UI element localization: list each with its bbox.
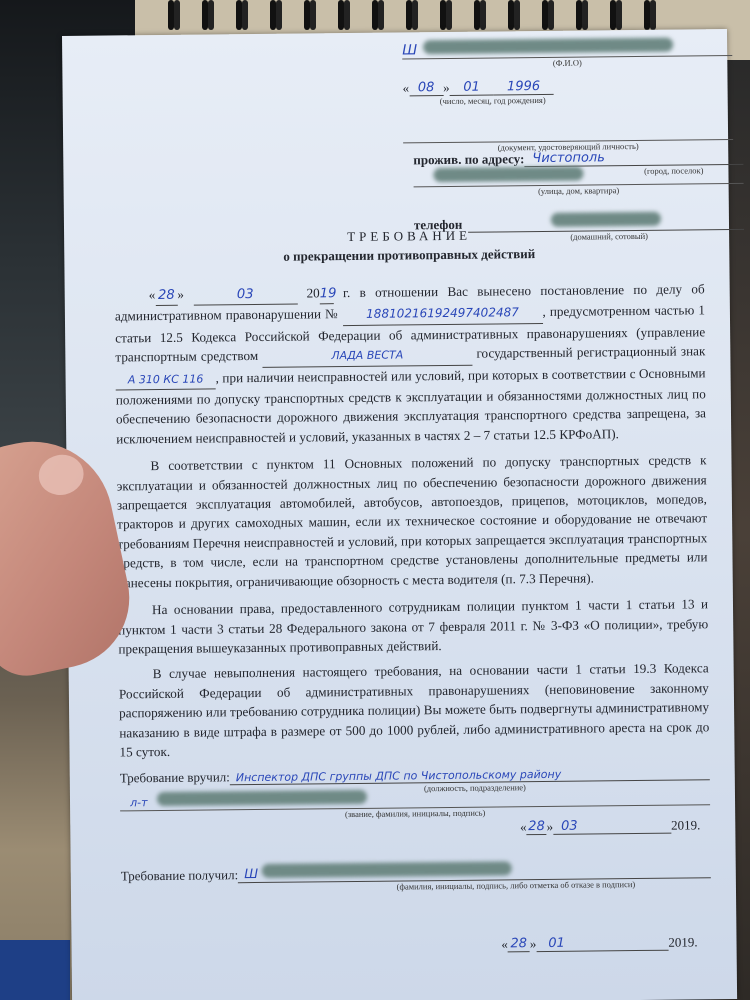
address-field: прожив. по адресу: Чистополь (город, пос… (413, 149, 743, 197)
birth-date-field: « 08 » 01 1996 (число, месяц, год рожден… (402, 77, 732, 106)
document-body: «28» 03 2019 г. в отношении Вас вынесено… (115, 279, 710, 761)
paragraph-penalty: В случае невыполнения настоящего требова… (119, 659, 710, 762)
fio-field: Ш (Ф.И.О) (402, 37, 732, 69)
document-title: ТРЕБОВАНИЕ о прекращении противоправных … (114, 225, 704, 266)
paragraph-legal-basis: На основании права, предоставленного сот… (118, 594, 709, 658)
document-paper: Ш (Ф.И.О) « 08 » 01 1996 (число, месяц, … (62, 29, 737, 1000)
background-cloth (0, 940, 70, 1000)
redacted-phone (551, 212, 661, 227)
redacted-recipient-name (262, 861, 512, 878)
redacted-street (433, 167, 583, 183)
redacted-officer-name (157, 790, 367, 806)
redacted-name (423, 38, 673, 55)
received-by-section: Требование получил: Ш (фамилия, инициалы… (121, 859, 711, 894)
issued-by-section: Требование вручил: Инспектор ДПС группы … (120, 764, 711, 839)
paragraph-regulations: В соответствии с пунктом 11 Основных пол… (116, 451, 707, 593)
paragraph-decision: «28» 03 2019 г. в отношении Вас вынесено… (115, 279, 707, 448)
issued-date: «28» 03 2019. (120, 817, 710, 839)
received-date: «28» 01 2019. (121, 934, 711, 956)
